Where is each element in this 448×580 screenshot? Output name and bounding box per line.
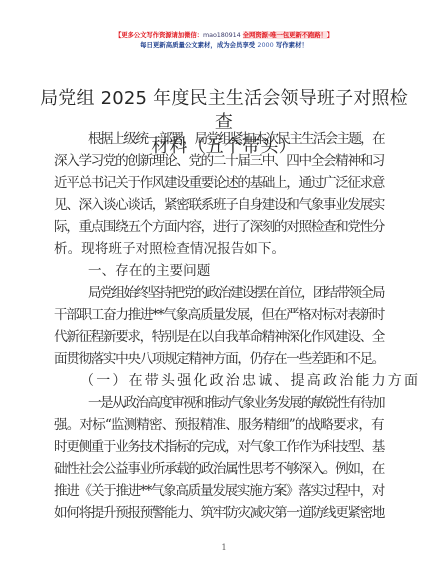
body-line: 强。对标“监测精密、预报精准、服务精细”的战略要求，有 [54, 414, 384, 436]
body-line: 如何将提升预报预警能力、筑牢防灾减灾第一道防线更紧密地 [54, 502, 384, 524]
promo-banner: 【更多公文写作资源请加微信：mao180914 全网资源·唯一包更新不跑路！】 … [0, 30, 448, 50]
promo-banner-line2: 每日更新高质量公文素材，成为会员享受 2000 写作素材！ [0, 40, 448, 50]
promo-line2-suffix: 写作素材！ [274, 41, 308, 49]
body-line: 一是从政治高度审视和推动气象业务发展的敏锐性有待加 [54, 392, 384, 414]
body-line: 局党组始终坚持把党的政治建设摆在首位，团结带领全局 [54, 282, 384, 304]
document-body: 根据上级统一部署，局党组紧扣本次民主生活会主题，在 深入学习党的创新理论、党的二… [54, 128, 384, 524]
body-line: 代新征程新要求，特别是在以自我革命精神深化作风建设、全 [54, 326, 384, 348]
body-line: 面贯彻落实中央八项规定精神方面，仍存在一些差距和不足。 [54, 348, 384, 370]
body-line: 础性社会公益事业所承载的政治属性思考不够深入。例如，在 [54, 458, 384, 480]
promo-suffix: 】 [327, 31, 333, 39]
body-line: 析。现将班子对照检查情况报告如下。 [54, 238, 384, 260]
body-line: 根据上级统一部署，局党组紧扣本次民主生活会主题，在 [54, 128, 384, 150]
body-line: 见、深入谈心谈话，紧密联系班子自身建设和气象事业发展实 [54, 194, 384, 216]
promo-prefix: 【更多公文写作资源请加微信： [115, 31, 203, 39]
promo-count: 2000 [257, 41, 273, 49]
page-number: 1 [0, 543, 448, 552]
wechat-id: mao180914 [203, 31, 241, 39]
body-line: 干部职工奋力推进**气象高质量发展，但在严格对标对表新时 [54, 304, 384, 326]
body-line: 近平总书记关于作风建设重要论述的基础上，通过广泛征求意 [54, 172, 384, 194]
promo-highlight: 全网资源·唯一包更新不跑路！ [243, 31, 327, 39]
body-line: 推进《关于推进**气象高质量发展实施方案》落实过程中，对 [54, 480, 384, 502]
subsection-heading: （一）在带头强化政治忠诚、提高政治能力方面 [54, 370, 384, 392]
body-line: 时更侧重于业务技术指标的完成，对气象工作作为科技型、基 [54, 436, 384, 458]
section-heading: 一、存在的主要问题 [54, 260, 384, 282]
body-line: 深入学习党的创新理论、党的二十届三中、四中全会精神和习 [54, 150, 384, 172]
promo-line2-prefix: 每日更新高质量公文素材，成为会员享受 [140, 41, 257, 49]
promo-banner-line1: 【更多公文写作资源请加微信：mao180914 全网资源·唯一包更新不跑路！】 [0, 30, 448, 40]
body-line: 际，重点围绕五个方面内容，进行了深刻的对照检查和党性分 [54, 216, 384, 238]
